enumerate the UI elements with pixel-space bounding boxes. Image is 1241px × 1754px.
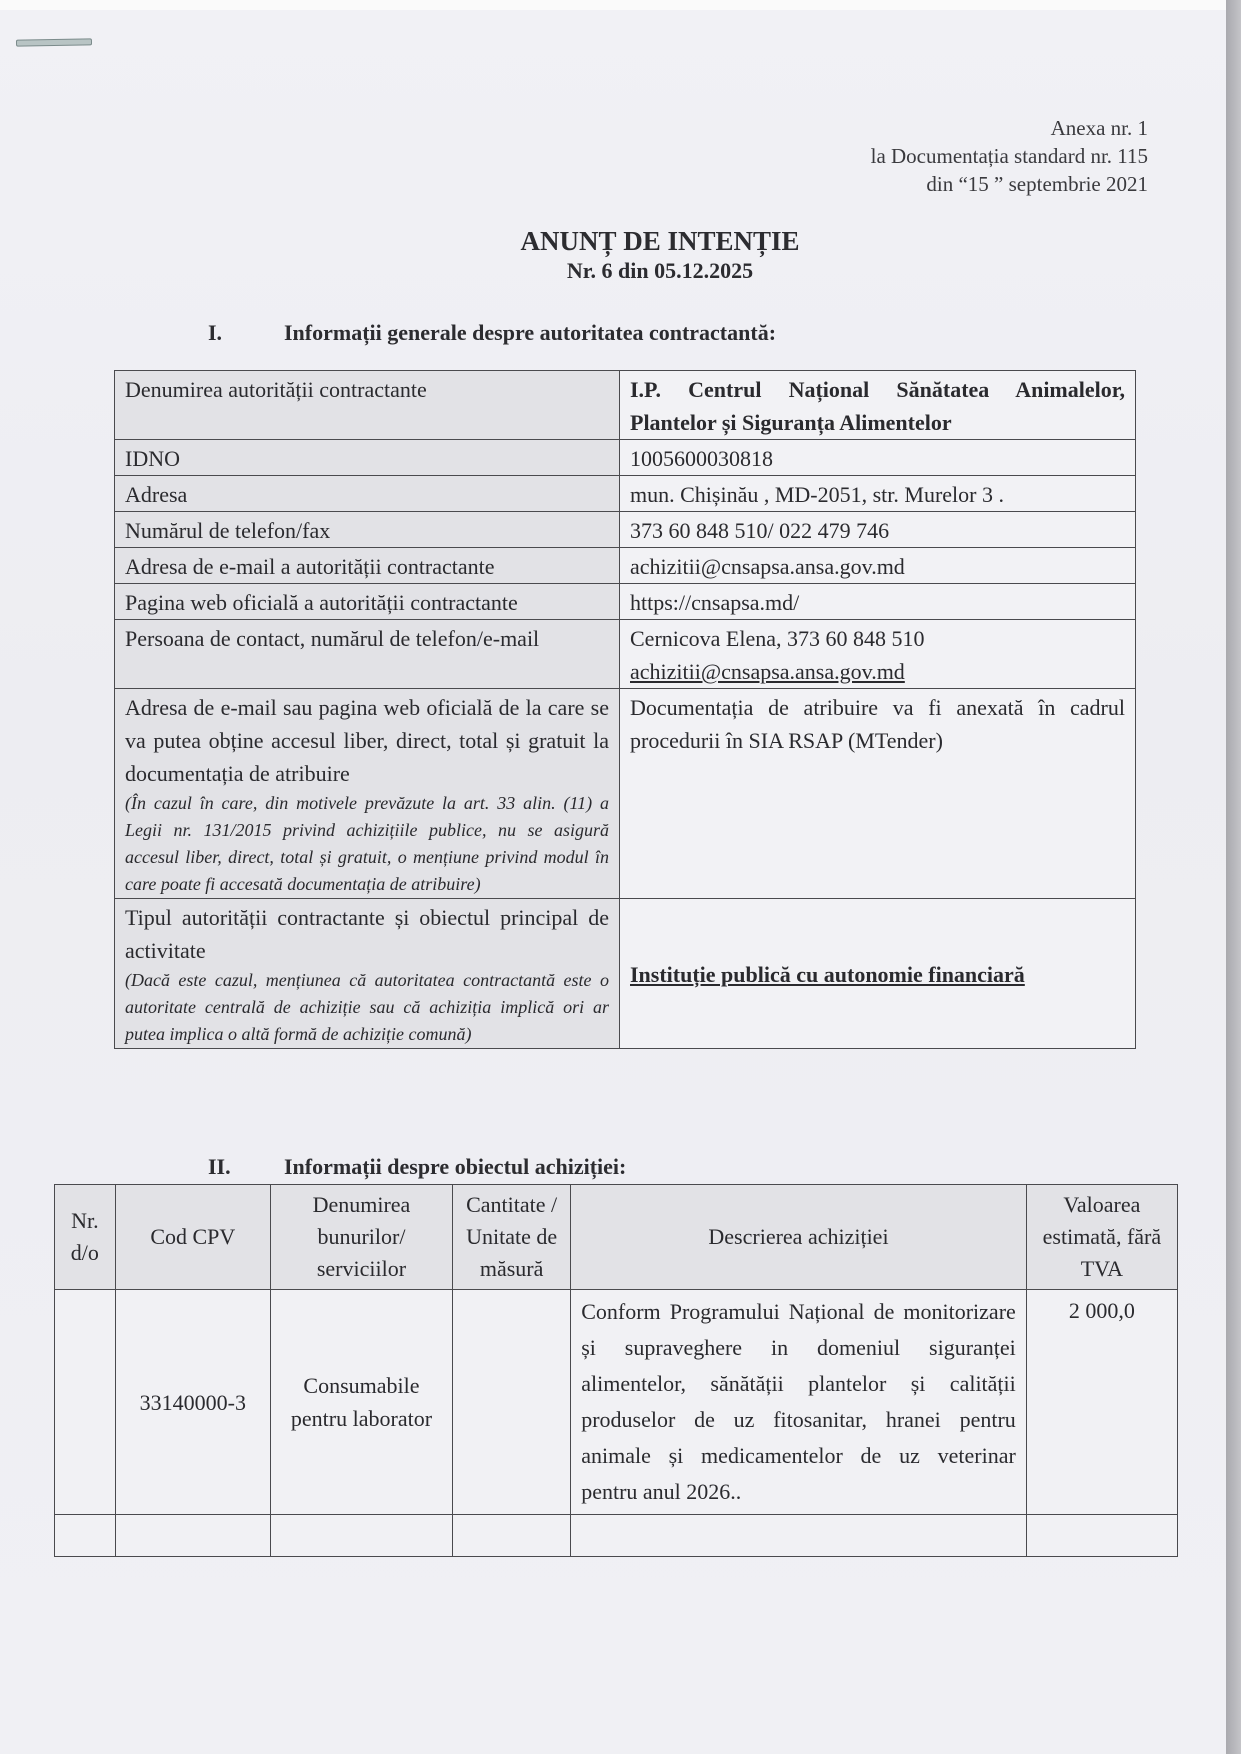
- annex-reference: Anexa nr. 1 la Documentația standard nr.…: [871, 114, 1148, 198]
- label-cell: Denumirea autorității contractante: [115, 371, 620, 440]
- cell-description: Conform Programului Național de monitori…: [571, 1290, 1027, 1515]
- table-row: Adresa de e-mail a autorității contracta…: [115, 548, 1136, 584]
- col-header-description: Descrierea achiziției: [571, 1185, 1027, 1290]
- document-number: Nr. 6 din 05.12.2025: [0, 258, 1241, 284]
- table-row: Tipul autorității contractante și obiect…: [115, 899, 1136, 1049]
- cell-quantity: [452, 1290, 570, 1515]
- document-title: ANUNȚ DE INTENȚIE: [0, 224, 1241, 258]
- label-cell: Adresa: [115, 476, 620, 512]
- website-value[interactable]: https://cnsapsa.md/: [620, 584, 1136, 620]
- table-row: [55, 1515, 1178, 1557]
- label-cell: Adresa de e-mail a autorității contracta…: [115, 548, 620, 584]
- authority-type-label: Tipul autorității contractante și obiect…: [125, 901, 609, 967]
- cell-value: 2 000,0: [1026, 1290, 1177, 1515]
- label-cell: Tipul autorității contractante și obiect…: [115, 899, 620, 1049]
- section-2-heading: II.Informații despre obiectul achiziției…: [208, 1154, 626, 1180]
- scan-top-border: [0, 0, 1241, 10]
- section-2-title: Informații despre obiectul achiziției:: [284, 1154, 626, 1179]
- procurement-table: Nr. d/o Cod CPV Denumirea bunurilor/ ser…: [54, 1184, 1178, 1557]
- section-1-number: I.: [208, 320, 284, 346]
- cell-nr: [55, 1290, 116, 1515]
- authority-name: I.P. Centrul Național Sănătatea Animalel…: [620, 371, 1136, 440]
- idno-value: 1005600030818: [620, 440, 1136, 476]
- cell-cpv: [115, 1515, 270, 1557]
- table-row: 33140000-3 Consumabile pentru laborator …: [55, 1290, 1178, 1515]
- contact-person: Cernicova Elena, 373 60 848 510: [630, 622, 1125, 655]
- authority-info-table: Denumirea autorității contractante I.P. …: [114, 370, 1136, 1049]
- cell-cpv: 33140000-3: [115, 1290, 270, 1515]
- table-row: Denumirea autorității contractante I.P. …: [115, 371, 1136, 440]
- cell-nr: [55, 1515, 116, 1557]
- section-1-heading: I.Informații generale despre autoritatea…: [208, 320, 776, 346]
- table-row: Persoana de contact, numărul de telefon/…: [115, 620, 1136, 689]
- table-row: Pagina web oficială a autorității contra…: [115, 584, 1136, 620]
- staple-mark: [16, 38, 92, 46]
- cell-value: [1026, 1515, 1177, 1557]
- col-header-name: Denumirea bunurilor/ serviciilor: [270, 1185, 452, 1290]
- label-cell: Adresa de e-mail sau pagina web oficială…: [115, 689, 620, 899]
- annex-line-1: Anexa nr. 1: [871, 114, 1148, 142]
- authority-type-cell: Instituție publică cu autonomie financia…: [620, 899, 1136, 1049]
- authority-type-value: Instituție publică cu autonomie financia…: [630, 962, 1025, 987]
- col-header-quantity: Cantitate / Unitate de măsură: [452, 1185, 570, 1290]
- section-2-number: II.: [208, 1154, 284, 1180]
- email-value[interactable]: achizitii@cnsapsa.ansa.gov.md: [620, 548, 1136, 584]
- label-cell: Pagina web oficială a autorității contra…: [115, 584, 620, 620]
- label-cell: Persoana de contact, numărul de telefon/…: [115, 620, 620, 689]
- cell-name: [270, 1515, 452, 1557]
- cell-description: [571, 1515, 1027, 1557]
- table-row: Adresa de e-mail sau pagina web oficială…: [115, 689, 1136, 899]
- annex-line-3: din “15 ” septembrie 2021: [871, 170, 1148, 198]
- contact-email-link[interactable]: achizitii@cnsapsa.ansa.gov.md: [630, 655, 1125, 688]
- annex-line-2: la Documentația standard nr. 115: [871, 142, 1148, 170]
- address-value: mun. Chișinău , MD-2051, str. Murelor 3 …: [620, 476, 1136, 512]
- access-label: Adresa de e-mail sau pagina web oficială…: [125, 691, 609, 790]
- access-value: Documentația de atribuire va fi anexată …: [620, 689, 1136, 899]
- label-cell: IDNO: [115, 440, 620, 476]
- table-row: Numărul de telefon/fax 373 60 848 510/ 0…: [115, 512, 1136, 548]
- table-row: Adresa mun. Chișinău , MD-2051, str. Mur…: [115, 476, 1136, 512]
- col-header-cpv: Cod CPV: [115, 1185, 270, 1290]
- col-header-value: Valoarea estimată, fără TVA: [1026, 1185, 1177, 1290]
- table-row: IDNO 1005600030818: [115, 440, 1136, 476]
- contact-cell: Cernicova Elena, 373 60 848 510 achiziti…: [620, 620, 1136, 689]
- phone-value: 373 60 848 510/ 022 479 746: [620, 512, 1136, 548]
- cell-quantity: [452, 1515, 570, 1557]
- label-cell: Numărul de telefon/fax: [115, 512, 620, 548]
- authority-type-note: (Dacă este cazul, mențiunea că autoritat…: [125, 967, 609, 1048]
- access-note: (În cazul în care, din motivele prevăzut…: [125, 790, 609, 898]
- cell-name: Consumabile pentru laborator: [270, 1290, 452, 1515]
- col-header-nr: Nr. d/o: [55, 1185, 116, 1290]
- table-header-row: Nr. d/o Cod CPV Denumirea bunurilor/ ser…: [55, 1185, 1178, 1290]
- section-1-title: Informații generale despre autoritatea c…: [284, 320, 776, 345]
